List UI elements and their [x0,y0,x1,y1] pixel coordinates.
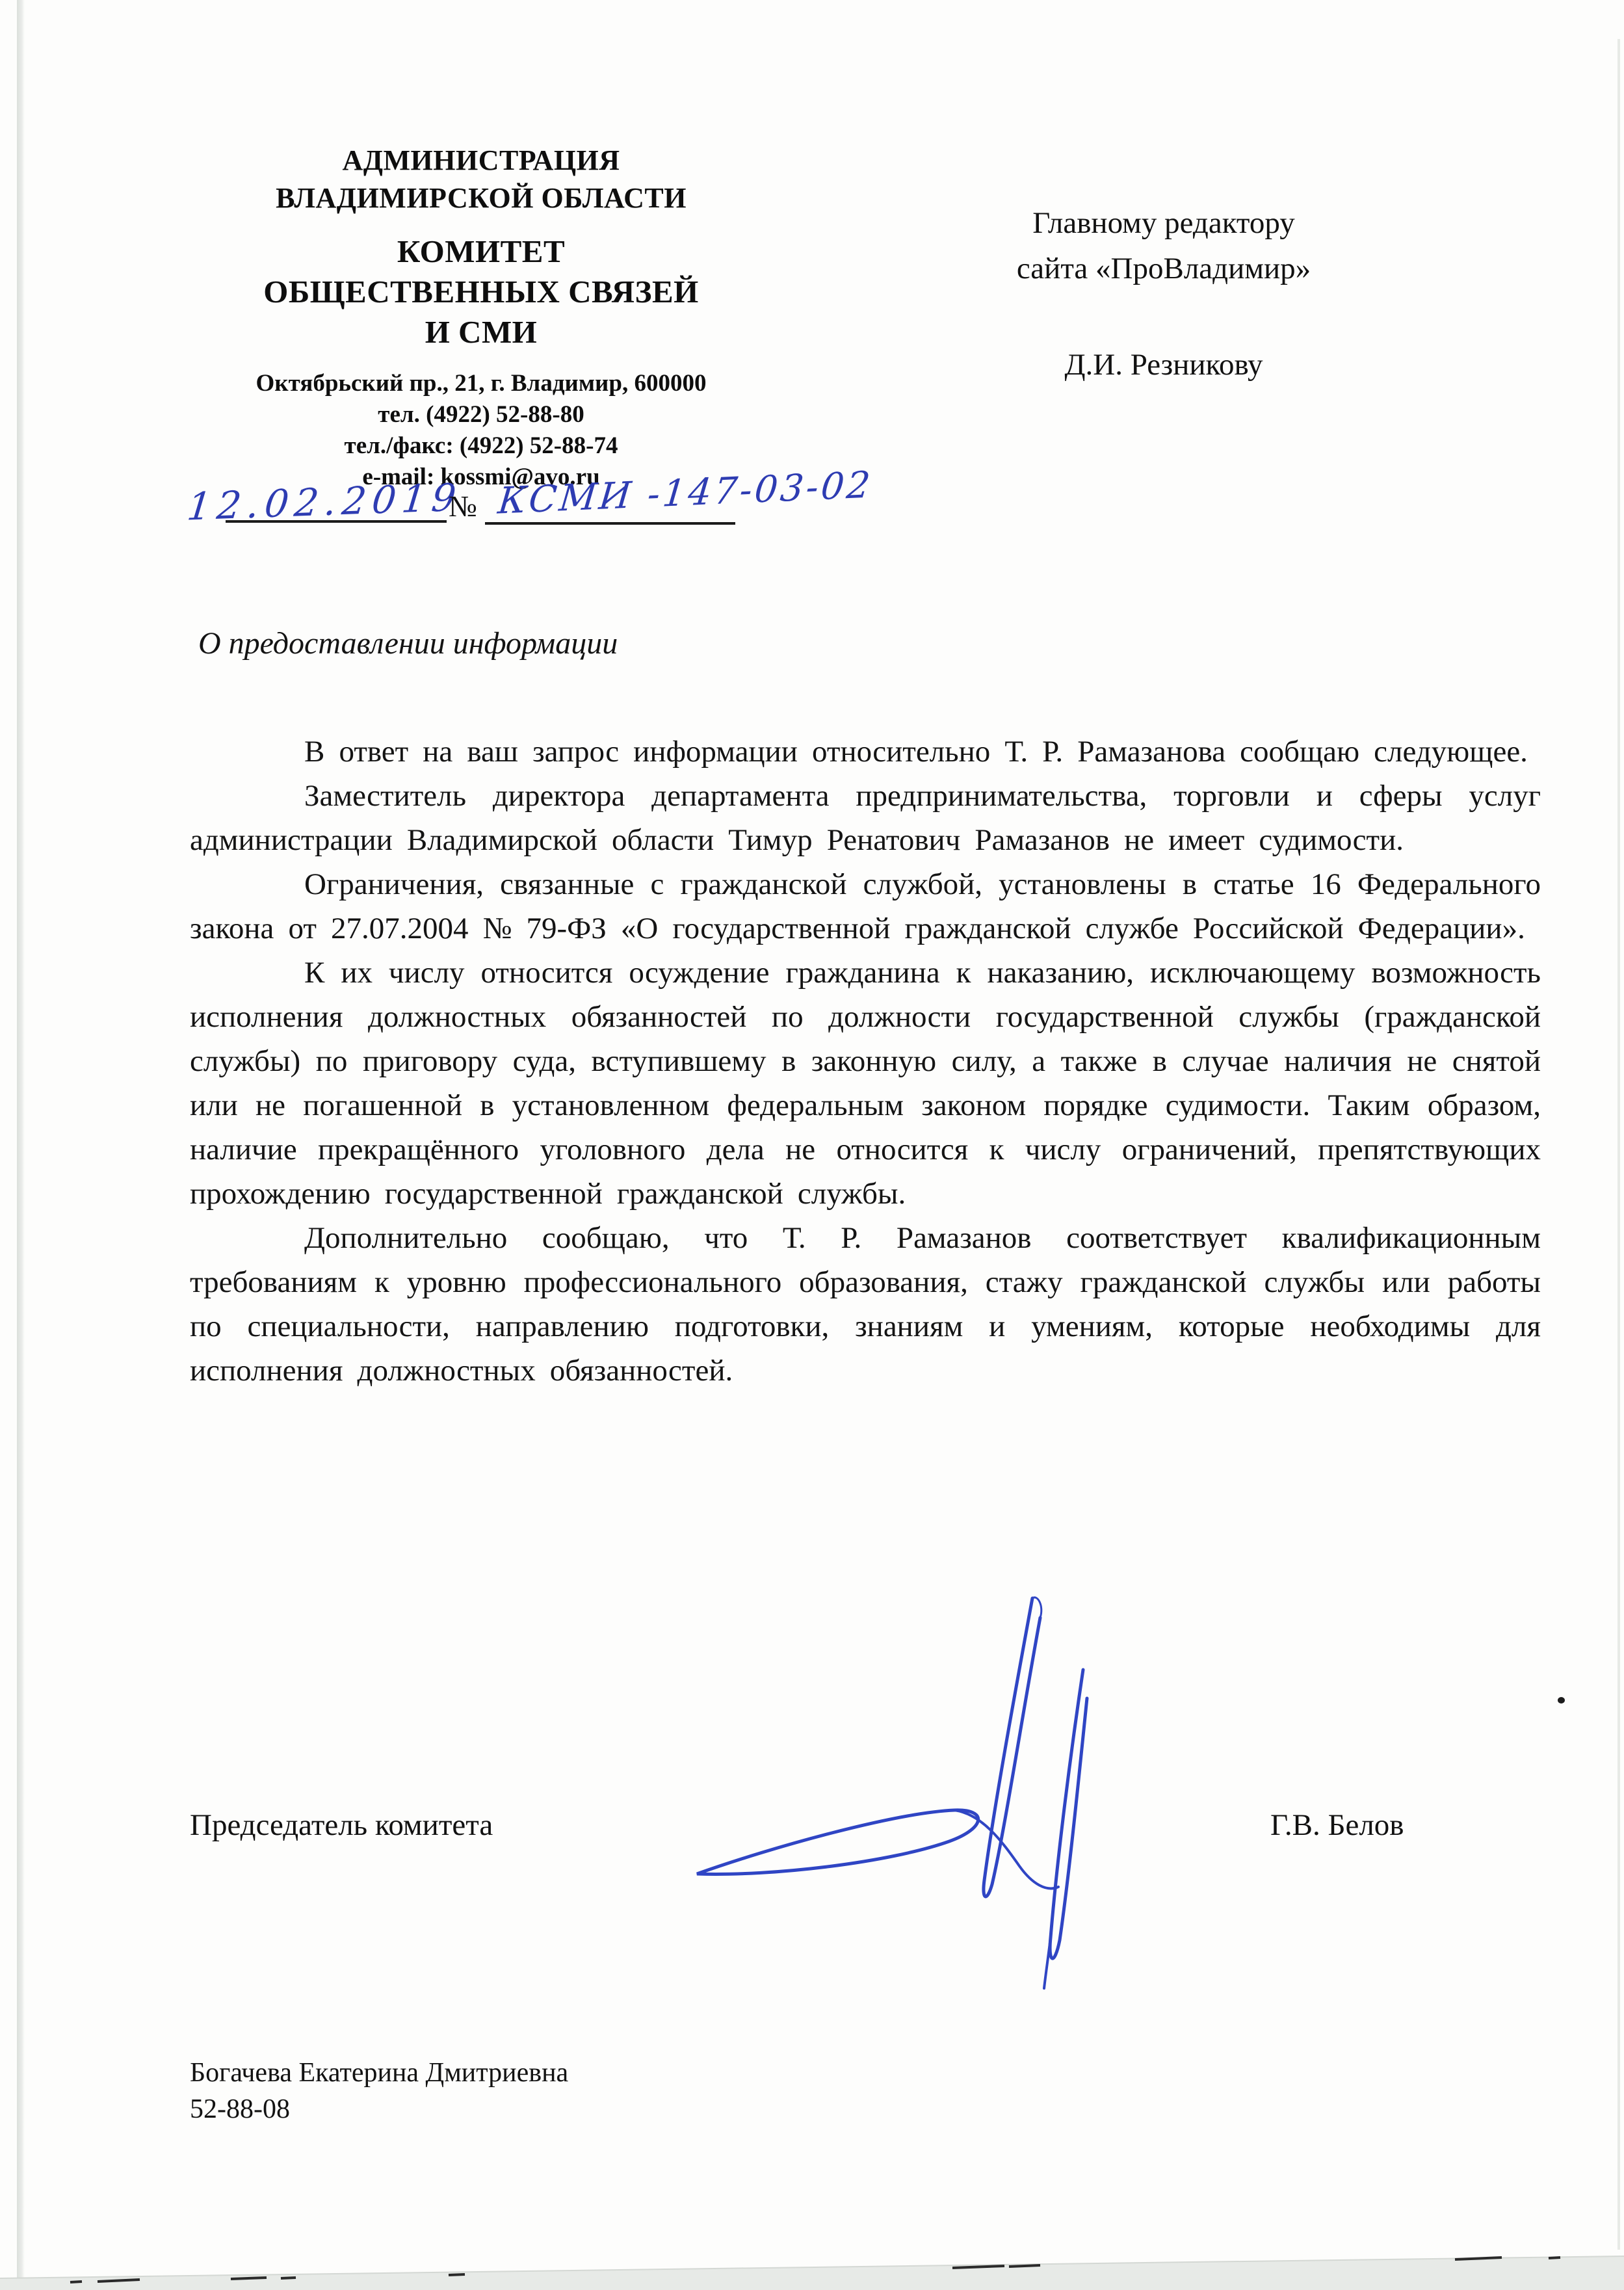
numero-sign: № [449,489,477,523]
body-paragraph: Заместитель директора департамента предп… [190,774,1541,862]
committee-name: КОМИТЕТ ОБЩЕСТВЕННЫХ СВЯЗЕЙ И СМИ [189,231,774,352]
signer-name: Г.В. Белов [1270,1808,1404,1843]
committee-line2: ОБЩЕСТВЕННЫХ СВЯЗЕЙ [189,272,774,312]
scan-speckle [1558,1697,1565,1704]
body-paragraph: Ограничения, связанные с гражданской слу… [190,862,1541,951]
committee-line3: И СМИ [189,312,774,352]
addressee-line2: сайта «ПроВладимир» [962,246,1365,291]
scan-edge-right [1617,39,1620,2250]
letterhead: АДМИНИСТРАЦИЯ ВЛАДИМИРСКОЙ ОБЛАСТИ КОМИТ… [189,142,774,493]
body-paragraph: Дополнительно сообщаю, что Т. Р. Рамазан… [190,1216,1541,1393]
org-name: АДМИНИСТРАЦИЯ ВЛАДИМИРСКОЙ ОБЛАСТИ [189,142,774,217]
executor-phone: 52-88-08 [190,2091,568,2127]
letter-body: В ответ на ваш запрос информации относит… [190,730,1541,1393]
scan-edge-bottom [0,2244,1624,2290]
date-underline [226,520,447,523]
org-line1: АДМИНИСТРАЦИЯ [189,142,774,179]
scan-edge-left [17,0,25,2290]
letterhead-phone: тел. (4922) 52-88-80 [189,399,774,430]
addressee-name: Д.И. Резникову [962,342,1365,388]
letterhead-phone-fax: тел./факс: (4922) 52-88-74 [189,430,774,462]
executor-block: Богачева Екатерина Дмитриевна 52-88-08 [190,2055,568,2127]
signature-ink [676,1586,1144,2003]
executor-name: Богачева Екатерина Дмитриевна [190,2055,568,2091]
addressee-block: Главному редактору сайта «ПроВладимир» Д… [962,200,1365,388]
signer-title: Председатель комитета [190,1808,493,1843]
body-paragraph: В ответ на ваш запрос информации относит… [190,730,1541,774]
letterhead-address: Октябрьский пр., 21, г. Владимир, 600000 [189,368,774,399]
subject-line: О предоставлении информации [198,625,618,661]
body-paragraph: К их числу относится осуждение гражданин… [190,951,1541,1216]
document-page: АДМИНИСТРАЦИЯ ВЛАДИМИРСКОЙ ОБЛАСТИ КОМИТ… [0,0,1624,2290]
addressee-line1: Главному редактору [962,200,1365,246]
number-underline [485,522,735,525]
committee-line1: КОМИТЕТ [189,231,774,272]
org-line2: ВЛАДИМИРСКОЙ ОБЛАСТИ [189,179,774,217]
